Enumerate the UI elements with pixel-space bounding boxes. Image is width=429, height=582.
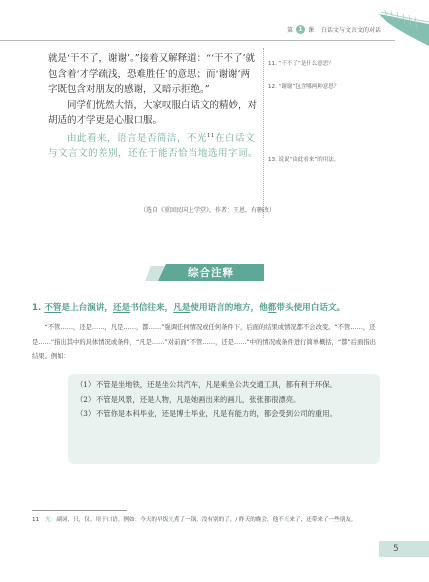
lesson-prefix: 第 [287, 25, 293, 34]
example-text: 不管你是本科毕业，还是博士毕业，凡是有能力的，都会受到公司的重用。 [96, 407, 372, 422]
source-citation: （选自《重回民国上学堂》，作者：王恩，有删改） [140, 205, 275, 214]
explanation-text: “不管……，还是……，凡是……，都……”强调任何情况或任何条件下，后面的结果或情… [32, 321, 378, 365]
footnote-text: 煮了一锅，没有别的了。/ 昨天的晚会，他不 [174, 517, 284, 523]
footnote-number: 11 [32, 517, 39, 523]
example-item: （3） 不管你是本科毕业，还是博士毕业，凡是有能力的，都会受到公司的重用。 [76, 407, 372, 422]
main-text-column: 就是‘干不了，谢谢’。”接着又解释道：“‘干不了’就包含着‘才学疏浅，恐难胜任’… [48, 51, 258, 162]
grammar-explanation: “不管……，还是……，凡是……，都……”强调任何情况或任何条件下，后面的结果或情… [32, 321, 378, 365]
section-heading-title: 综合注释 [158, 264, 264, 281]
paragraph-1: 就是‘干不了，谢谢’。”接着又解释道：“‘干不了’就包含着‘才学疏浅，恐难胜任’… [48, 51, 258, 98]
footnote-text: 副词，只，仅。用于口语。例如：今天的早饭 [56, 517, 168, 523]
lesson-title: 白话文与文言文的对话 [321, 25, 381, 34]
leaf-decoration-icon [377, 6, 429, 46]
keyword-fanshi: 凡是 [173, 303, 190, 313]
footnote-ref-11[interactable]: 11 [207, 133, 215, 139]
footnote-text: 来了，还带来了一些朋友。 [289, 517, 356, 523]
keyword-haishi: 还是 [113, 303, 130, 313]
example-number: （1） [76, 378, 96, 393]
example-number: （3） [76, 407, 96, 422]
footnote-divider [32, 510, 127, 511]
point-text: 书信往来， [130, 303, 173, 313]
side-question-13: 13. 说说“由此看来”的用法。 [268, 155, 339, 163]
example-text: 不管是坐地铁，还是坐公共汽车，凡是乘坐公共交通工具，都有利于环保。 [96, 378, 372, 393]
header-divider [0, 40, 395, 41]
page-number: 5 [379, 541, 429, 557]
footnote-keyword: 光： [45, 517, 56, 523]
section-heading: 综合注释 [148, 262, 264, 282]
examples-box: （1） 不管是坐地铁，还是坐公共汽车，凡是乘坐公共交通工具，都有利于环保。 （2… [68, 374, 380, 464]
example-item: （1） 不管是坐地铁，还是坐公共汽车，凡是乘坐公共交通工具，都有利于环保。 [76, 378, 372, 393]
lesson-header-label: 第 1 课 白话文与文言文的对话 [287, 25, 381, 34]
lesson-number-badge: 1 [296, 25, 305, 34]
example-number: （2） [76, 393, 96, 408]
footnote-11: 11光：副词，只，仅。用于口语。例如：今天的早饭光煮了一锅，没有别的了。/ 昨天… [32, 514, 372, 526]
paragraph-3-part-a: 由此看来，语言是否简洁，不光 [67, 133, 207, 144]
paragraph-2: 同学们恍然大悟，大家叹服白话文的精妙，对胡适的才学更是心服口服。 [48, 98, 258, 129]
lesson-suffix: 课 [308, 25, 314, 34]
paragraph-3: 由此看来，语言是否简洁，不光11在白话文与文言文的差别，还在于能否恰当地选用字词… [48, 129, 258, 162]
side-question-12: 12. “谢谢”包含哪两种意思？ [268, 82, 339, 90]
point-text: 使用语言的地方，他 [190, 303, 267, 313]
grammar-point-1-title: 1. 不管是上台演讲，还是书信往来，凡是使用语言的地方，他都带头使用白话文。 [32, 301, 345, 313]
page-header: 第 1 课 白话文与文言文的对话 [0, 0, 429, 42]
example-item: （2） 不管是风景，还是人物，凡是她画出来的画儿，张张都很漂亮。 [76, 393, 372, 408]
point-text: 带头使用白话文。 [276, 303, 345, 313]
side-question-11: 11. “干不了”是什么意思？ [268, 59, 334, 67]
point-number: 1. [32, 303, 41, 313]
margin-divider [263, 48, 264, 218]
point-text: 是上台演讲， [61, 303, 113, 313]
example-text: 不管是风景，还是人物，凡是她画出来的画儿，张张都很漂亮。 [96, 393, 372, 408]
keyword-buguan: 不管 [44, 303, 61, 313]
